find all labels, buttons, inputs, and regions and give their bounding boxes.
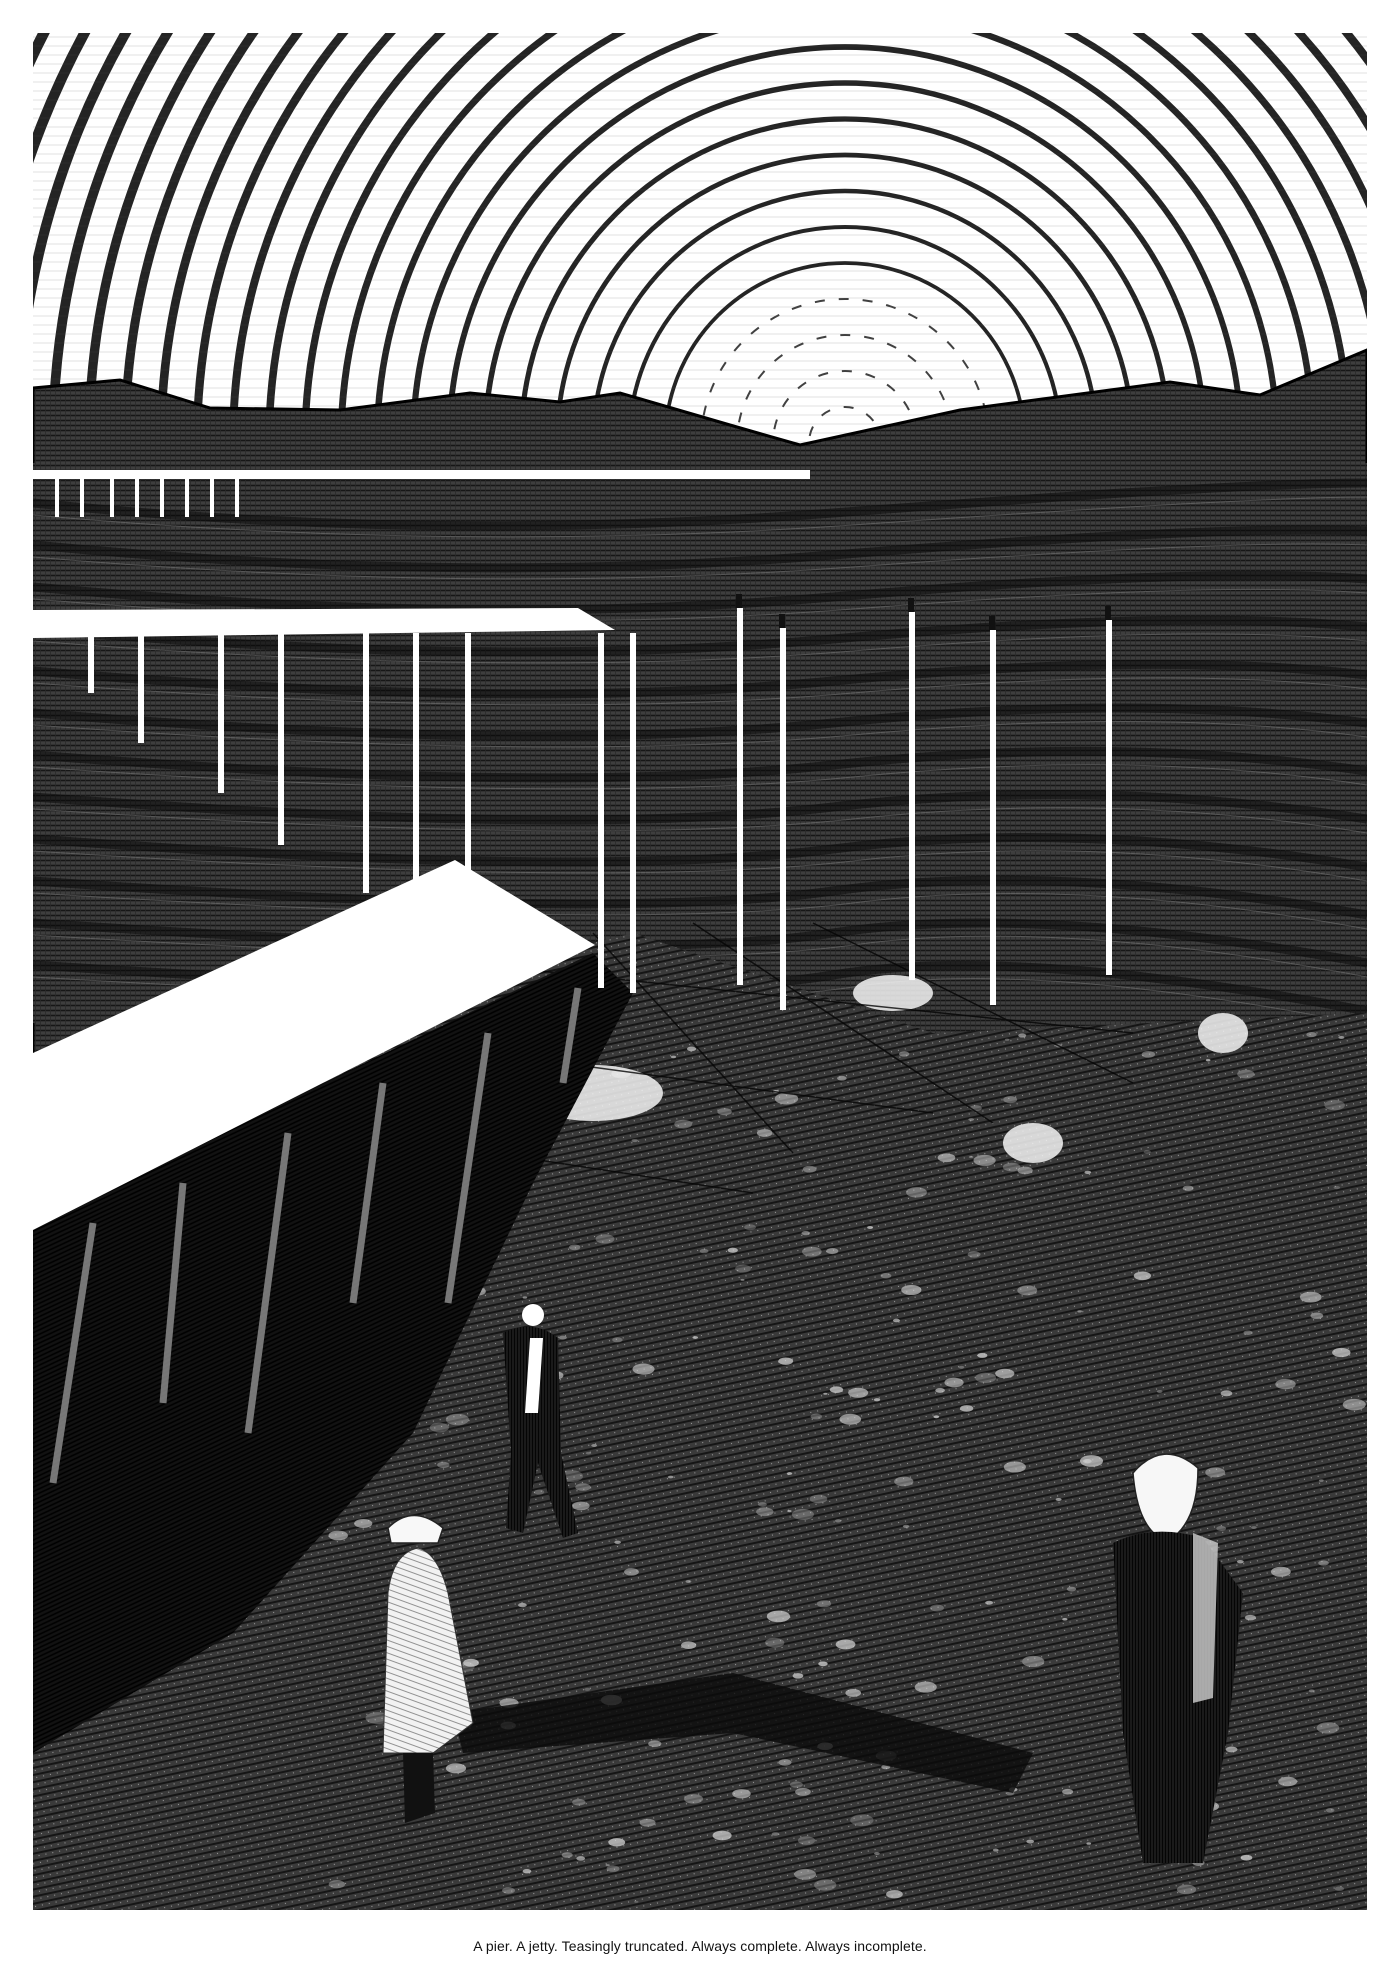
caption: A pier. A jetty. Teasingly truncated. Al… — [0, 1938, 1400, 1954]
illustration-canvas — [33, 33, 1367, 1910]
